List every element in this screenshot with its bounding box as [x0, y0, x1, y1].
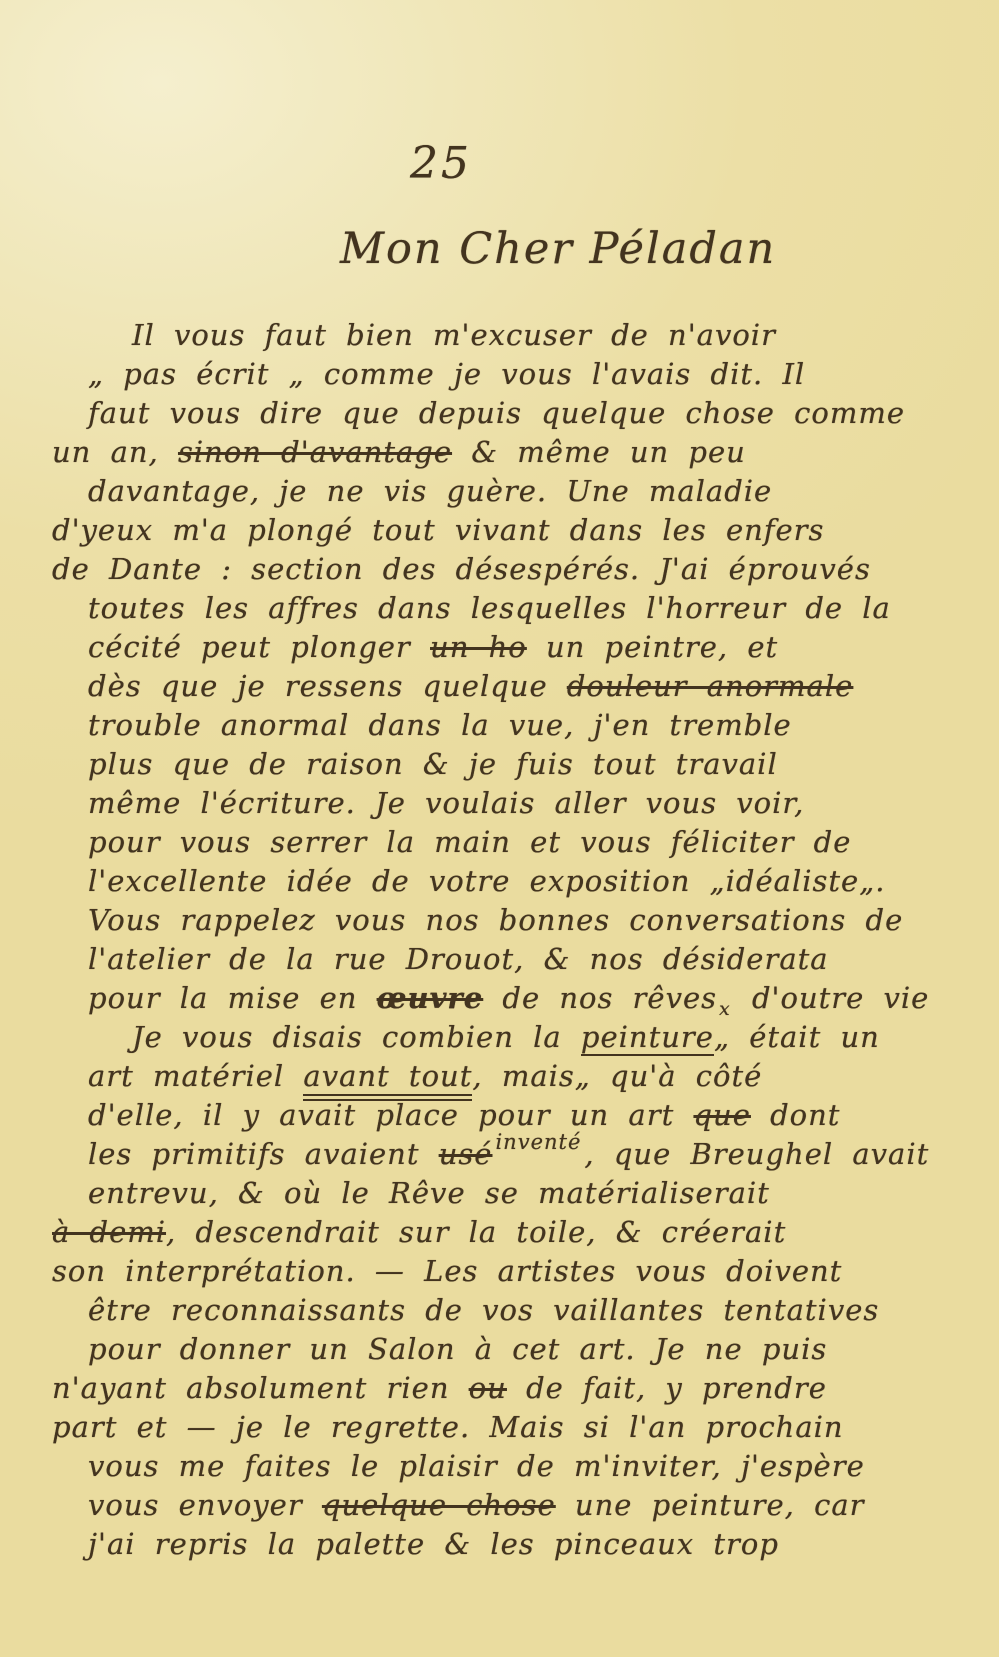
letter-line: les primitifs avaient uséinventé, que Br…: [88, 1135, 991, 1174]
letter-line: à demi, descendrait sur la toile, & crée…: [52, 1213, 991, 1252]
text-segment: dont: [751, 1098, 841, 1132]
text-segment: , que Breughel avait: [584, 1137, 929, 1171]
letter-line: „ pas écrit „ comme je vous l'avais dit.…: [88, 355, 991, 394]
text-segment: plus que de raison & je fuis tout travai…: [88, 747, 778, 781]
text-segment: dès que je ressens quelque: [88, 669, 567, 703]
text-segment: j'ai repris la palette & les pinceaux tr…: [88, 1527, 779, 1561]
text-segment: pour donner un Salon à cet art. Je ne pu…: [88, 1332, 827, 1366]
salutation: Mon Cher Péladan: [340, 224, 776, 274]
text-segment: d'elle, il y avait place pour un art: [88, 1098, 693, 1132]
text-segment: art matériel: [88, 1059, 303, 1093]
text-segment: d'yeux m'a plongé tout vivant dans les e…: [52, 513, 824, 547]
insertion-mark: x: [719, 990, 731, 1029]
text-segment: être reconnaissants de vos vaillantes te…: [88, 1293, 879, 1327]
letter-line: cécité peut plonger un ho un peintre, et: [88, 628, 991, 667]
text-segment: une peinture, car: [556, 1488, 865, 1522]
text-segment: trouble anormal dans la vue, j'en trembl…: [88, 708, 792, 742]
text-segment: son interprétation. — Les artistes vous …: [52, 1254, 842, 1288]
struck-text: que: [693, 1098, 750, 1132]
text-segment: entrevu, & où le Rêve se matérialiserait: [88, 1176, 770, 1210]
text-segment: un peintre, et: [527, 630, 778, 664]
text-segment: faut vous dire que depuis quelque chose …: [88, 396, 905, 430]
struck-text: douleur anormale: [567, 669, 853, 703]
letter-page: 25 Mon Cher Péladan Il vous faut bien m'…: [0, 0, 999, 1657]
text-segment: „ était un: [714, 1020, 880, 1054]
struck-text: usé: [439, 1137, 493, 1171]
page-number: 25: [410, 138, 472, 189]
struck-text: ou: [469, 1371, 507, 1405]
text-segment: l'atelier de la rue Drouot, & nos déside…: [88, 942, 829, 976]
struck-text: un ho: [430, 630, 527, 664]
inserted-word: inventé: [495, 1123, 581, 1162]
text-segment: un an,: [52, 435, 178, 469]
struck-text: à demi: [52, 1215, 166, 1249]
struck-text: sinon d'avantage: [178, 435, 452, 469]
text-segment: cécité peut plonger: [88, 630, 430, 664]
struck-text: quelque chose: [322, 1488, 556, 1522]
text-segment: „ pas écrit „ comme je vous l'avais dit.…: [88, 357, 805, 391]
letter-line: trouble anormal dans la vue, j'en trembl…: [88, 706, 991, 745]
text-segment: vous envoyer: [88, 1488, 322, 1522]
letter-line: art matériel avant tout, mais„ qu'à côté: [88, 1057, 991, 1096]
letter-line: pour la mise en œuvre de nos rêvesx d'ou…: [88, 979, 991, 1018]
text-segment: vous me faites le plaisir de m'inviter, …: [88, 1449, 865, 1483]
overwritten-text: œuvre: [377, 981, 483, 1015]
text-segment: davantage, je ne vis guère. Une maladie: [88, 474, 772, 508]
text-segment: Je vous disais combien la: [132, 1020, 581, 1054]
text-segment: les primitifs avaient: [88, 1137, 439, 1171]
letter-line: l'excellente idée de votre exposition „i…: [88, 862, 991, 901]
letter-line: plus que de raison & je fuis tout travai…: [88, 745, 991, 784]
text-segment: & même un peu: [452, 435, 746, 469]
letter-line: pour donner un Salon à cet art. Je ne pu…: [88, 1330, 991, 1369]
letter-body: Il vous faut bien m'excuser de n'avoir„ …: [88, 316, 991, 1564]
text-segment: Vous rappelez vous nos bonnes conversati…: [88, 903, 903, 937]
letter-line: entrevu, & où le Rêve se matérialiserait: [88, 1174, 991, 1213]
letter-line: pour vous serrer la main et vous félicit…: [88, 823, 991, 862]
letter-line: faut vous dire que depuis quelque chose …: [88, 394, 991, 433]
text-segment: Il vous faut bien m'excuser de n'avoir: [132, 318, 776, 352]
letter-line: d'yeux m'a plongé tout vivant dans les e…: [52, 511, 991, 550]
text-segment: part et — je le regrette. Mais si l'an p…: [52, 1410, 844, 1444]
letter-line: vous me faites le plaisir de m'inviter, …: [88, 1447, 991, 1486]
letter-line: même l'écriture. Je voulais aller vous v…: [88, 784, 991, 823]
text-segment: d'outre vie: [733, 981, 930, 1015]
text-segment: pour vous serrer la main et vous félicit…: [88, 825, 851, 859]
text-segment: même l'écriture. Je voulais aller vous v…: [88, 786, 804, 820]
underlined-text: peinture: [581, 1020, 714, 1056]
text-segment: , descendrait sur la toile, & créerait: [166, 1215, 786, 1249]
text-segment: de Dante : section des désespérés. J'ai …: [52, 552, 871, 586]
letter-line: dès que je ressens quelque douleur anorm…: [88, 667, 991, 706]
letter-line: Je vous disais combien la peinture„ étai…: [88, 1018, 991, 1057]
letter-line: son interprétation. — Les artistes vous …: [52, 1252, 991, 1291]
letter-line: toutes les affres dans lesquelles l'horr…: [88, 589, 991, 628]
letter-line: j'ai repris la palette & les pinceaux tr…: [88, 1525, 991, 1564]
letter-line: un an, sinon d'avantage & même un peu: [52, 433, 991, 472]
text-segment: n'ayant absolument rien: [52, 1371, 469, 1405]
letter-line: vous envoyer quelque chose une peinture,…: [88, 1486, 991, 1525]
letter-line: Il vous faut bien m'excuser de n'avoir: [88, 316, 991, 355]
letter-line: de Dante : section des désespérés. J'ai …: [52, 550, 991, 589]
text-segment: l'excellente idée de votre exposition „i…: [88, 864, 885, 898]
letter-line: part et — je le regrette. Mais si l'an p…: [52, 1408, 991, 1447]
letter-line: n'ayant absolument rien ou de fait, y pr…: [52, 1369, 991, 1408]
text-segment: de fait, y prendre: [507, 1371, 827, 1405]
letter-line: davantage, je ne vis guère. Une maladie: [88, 472, 991, 511]
double-underlined-text: avant tout: [303, 1059, 472, 1101]
text-segment: , mais„ qu'à côté: [472, 1059, 762, 1093]
letter-line: être reconnaissants de vos vaillantes te…: [88, 1291, 991, 1330]
text-segment: toutes les affres dans lesquelles l'horr…: [88, 591, 891, 625]
letter-line: Vous rappelez vous nos bonnes conversati…: [88, 901, 991, 940]
letter-line: l'atelier de la rue Drouot, & nos déside…: [88, 940, 991, 979]
text-segment: pour la mise en: [88, 981, 377, 1015]
text-segment: de nos rêves: [483, 981, 717, 1015]
